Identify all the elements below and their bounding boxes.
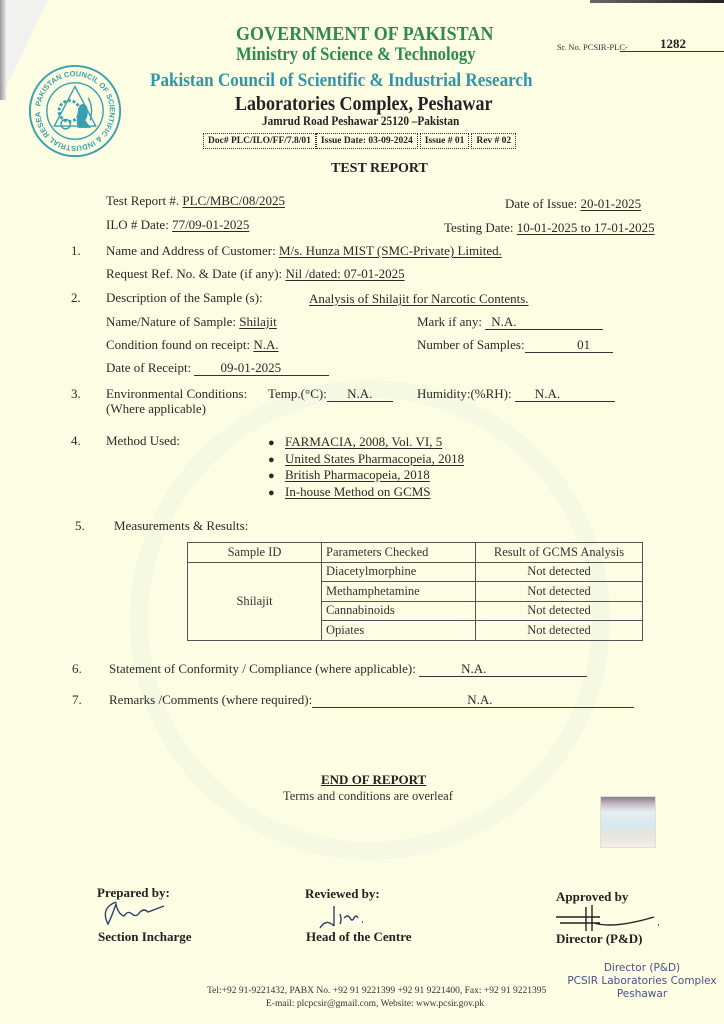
- government-heading: GOVERNMENT OF PAKISTAN: [236, 24, 494, 46]
- receipt-field: Date of Receipt: 09-01-2025: [106, 360, 329, 376]
- page-title: TEST REPORT: [331, 161, 428, 177]
- condition-value: N.A.: [253, 337, 278, 352]
- env-label: Environmental Conditions:: [106, 386, 247, 402]
- humidity-value: N.A.: [515, 387, 615, 402]
- reviewed-by-label: Reviewed by:: [305, 886, 380, 902]
- header-parameters: Parameters Checked: [322, 543, 476, 563]
- council-heading: Pakistan Council of Scientific & Industr…: [150, 70, 533, 92]
- testing-date-value: 10-01-2025 to 17-01-2025: [517, 220, 655, 235]
- stamp-line: Peshawar: [567, 988, 717, 1001]
- header-result: Result of GCMS Analysis: [476, 543, 643, 563]
- section-7-number: 7.: [72, 692, 82, 708]
- report-number-value: PLC/MBC/08/2025: [182, 193, 285, 208]
- parameter-cell: Methamphetamine: [322, 582, 476, 602]
- nature-value: Shilajit: [239, 314, 277, 329]
- footer-contact: Tel:+92 91-9221432, PABX No. +92 91 9221…: [207, 986, 546, 996]
- remarks-label: Remarks /Comments (where required):: [109, 692, 312, 707]
- doc-number: Doc# PLC/ILO/FF/7.8/01: [203, 133, 316, 149]
- description-value: Analysis of Shilajit for Narcotic Conten…: [309, 291, 529, 307]
- table-header-row: Sample ID Parameters Checked Result of G…: [188, 543, 643, 563]
- report-number-label: Test Report #.: [106, 193, 179, 208]
- customer-value: M/s. Hunza MIST (SMC-Private) Limited.: [279, 243, 502, 258]
- conformity-value: N.A.: [419, 662, 587, 677]
- terms-note: Terms and conditions are overleaf: [283, 789, 453, 804]
- parameter-cell: Opiates: [322, 621, 476, 641]
- request-value: Nil /dated: 07-01-2025: [285, 266, 404, 281]
- bullet-icon: ●: [268, 452, 285, 469]
- director-role: Director (P&D): [556, 931, 643, 947]
- receipt-label: Date of Receipt:: [106, 360, 191, 375]
- mark-value: N.A.: [485, 315, 603, 330]
- methods-list: ●FARMACIA, 2008, Vol. VI, 5 ●United Stat…: [268, 434, 464, 500]
- description-label: Description of the Sample (s):: [106, 290, 263, 306]
- conformity-label: Statement of Conformity / Compliance (wh…: [109, 661, 416, 676]
- mark-label: Mark if any:: [417, 314, 482, 329]
- result-cell: Not detected: [476, 601, 643, 621]
- method-label: Method Used:: [106, 433, 180, 449]
- receipt-value: 09-01-2025: [194, 361, 329, 376]
- bullet-icon: ●: [268, 468, 285, 485]
- request-label: Request Ref. No. & Date (if any):: [106, 266, 282, 281]
- section-5-number: 5.: [75, 518, 85, 534]
- issue-date-label: Date of Issue:: [505, 196, 577, 211]
- request-field: Request Ref. No. & Date (if any): Nil /d…: [106, 266, 405, 282]
- parameter-cell: Cannabinoids: [322, 601, 476, 621]
- serial-label: Sr. No. PCSIR-PLC-: [557, 42, 628, 52]
- doc-issue-date: Issue Date: 03-09-2024: [316, 133, 418, 149]
- nature-label: Name/Nature of Sample:: [106, 314, 236, 329]
- env-sub-label: (Where applicable): [106, 401, 206, 417]
- nature-field: Name/Nature of Sample: Shilajit: [106, 314, 277, 330]
- section-6-number: 6.: [72, 661, 82, 677]
- testing-date-label: Testing Date:: [444, 220, 514, 235]
- condition-label: Condition found on receipt:: [106, 337, 250, 352]
- temperature-field: Temp.(°C):N.A.: [268, 386, 393, 402]
- remarks-value: N.A.: [312, 693, 634, 708]
- signature-reviewed-icon: [308, 904, 378, 932]
- humidity-label: Humidity:(%RH):: [417, 386, 512, 401]
- director-stamp: Director (P&D) PCSIR Laboratories Comple…: [567, 962, 717, 1001]
- laboratory-address: Jamrud Road Peshawar 25120 –Pakistan: [262, 114, 459, 129]
- doc-revision: Rev # 02: [471, 133, 516, 149]
- doc-issue-number: Issue # 01: [420, 133, 470, 149]
- serial-number: 1282: [660, 36, 686, 52]
- pcsir-seal-icon: PAKISTAN COUNCIL OF SCIENTIFIC & INDUSTR…: [28, 64, 122, 158]
- method-item: ●British Pharmacopeia, 2018: [268, 467, 464, 484]
- ilo-value: 77/09-01-2025: [172, 217, 249, 232]
- testing-date-field: Testing Date: 10-01-2025 to 17-01-2025: [444, 220, 655, 236]
- section-3-number: 3.: [71, 386, 81, 402]
- ilo-field: ILO # Date: 77/09-01-2025: [106, 217, 249, 233]
- signature-prepared-icon: [98, 898, 188, 928]
- result-cell: Not detected: [476, 562, 643, 582]
- num-samples-field: Number of Samples:01: [417, 337, 613, 353]
- ministry-heading: Ministry of Science & Technology: [236, 45, 476, 66]
- section-incharge-role: Section Incharge: [98, 929, 192, 945]
- temperature-label: Temp.(°C):: [268, 386, 327, 401]
- end-of-report: END OF REPORT: [321, 772, 426, 788]
- table-row: Shilajit Diacetylmorphine Not detected: [188, 562, 643, 582]
- section-4-number: 4.: [71, 433, 81, 449]
- issue-date-value: 20-01-2025: [580, 196, 641, 211]
- header-sample-id: Sample ID: [188, 543, 322, 563]
- remarks-field: Remarks /Comments (where required):N.A.: [109, 692, 634, 708]
- customer-label: Name and Address of Customer:: [106, 243, 276, 258]
- results-table: Sample ID Parameters Checked Result of G…: [187, 542, 643, 641]
- method-item: ●FARMACIA, 2008, Vol. VI, 5: [268, 434, 464, 451]
- stamp-line: PCSIR Laboratories Complex: [567, 975, 717, 988]
- measurements-label: Measurements & Results:: [114, 518, 248, 534]
- footer-web: E-mail: plcpcsir@gmail.com, Website: www…: [266, 999, 484, 1009]
- conformity-field: Statement of Conformity / Compliance (wh…: [109, 661, 587, 677]
- stamp-line: Director (P&D): [567, 962, 717, 975]
- laboratory-heading: Laboratories Complex, Peshawar: [235, 93, 492, 116]
- ilo-label: ILO # Date:: [106, 217, 169, 232]
- humidity-field: Humidity:(%RH): N.A.: [417, 386, 615, 402]
- num-samples-label: Number of Samples:: [417, 337, 525, 352]
- result-cell: Not detected: [476, 621, 643, 641]
- method-item: ●United States Pharmacopeia, 2018: [268, 451, 464, 468]
- page-edge-shadow: [0, 0, 6, 100]
- num-samples-value: 01: [525, 338, 613, 353]
- bullet-icon: ●: [268, 485, 285, 502]
- condition-field: Condition found on receipt: N.A.: [106, 337, 279, 353]
- head-of-centre-role: Head of the Centre: [306, 929, 412, 945]
- customer-field: Name and Address of Customer: M/s. Hunza…: [106, 243, 502, 259]
- sample-id-cell: Shilajit: [188, 562, 322, 640]
- method-item: ●In-house Method on GCMS: [268, 484, 464, 501]
- scan-top-edge: [590, 0, 724, 3]
- bullet-icon: ●: [268, 435, 285, 452]
- parameter-cell: Diacetylmorphine: [322, 562, 476, 582]
- temperature-value: N.A.: [327, 387, 393, 402]
- document-control-boxes: Doc# PLC/ILO/FF/7.8/01 Issue Date: 03-09…: [203, 133, 518, 149]
- mark-field: Mark if any: N.A.: [417, 314, 603, 330]
- section-1-number: 1.: [71, 243, 81, 259]
- section-2-number: 2.: [71, 290, 81, 306]
- result-cell: Not detected: [476, 582, 643, 602]
- report-number-field: Test Report #. PLC/MBC/08/2025: [106, 193, 285, 209]
- hologram-sticker-icon: [600, 796, 656, 848]
- issue-date-field: Date of Issue: 20-01-2025: [505, 196, 641, 212]
